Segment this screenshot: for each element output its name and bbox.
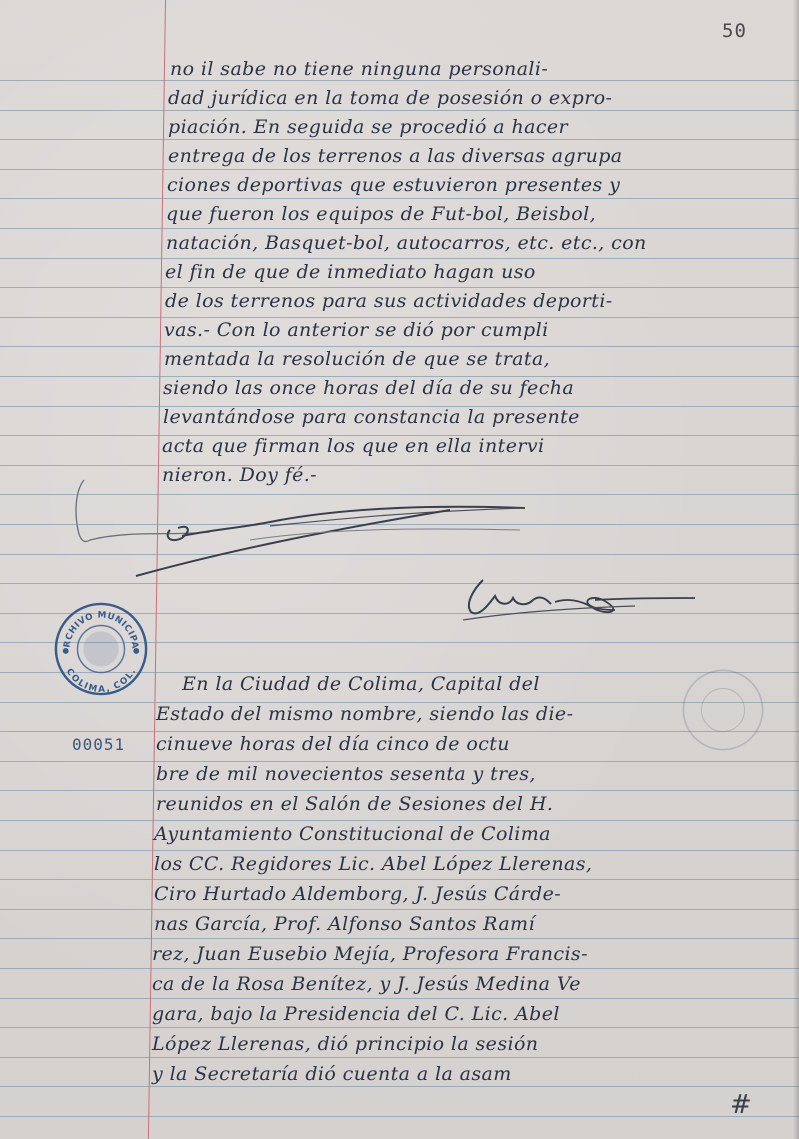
text-line: no il sabe no tiene ninguna personali- [170, 58, 548, 80]
ruled-line [0, 938, 799, 939]
ruled-line [0, 198, 799, 199]
ruled-line [0, 1057, 799, 1058]
text-line: vas.- Con lo anterior se dió por cumpli [164, 319, 549, 341]
page-edge-shadow [793, 0, 799, 1139]
text-line: Ciro Hurtado Aldemborg, J. Jesús Cárde- [154, 883, 561, 905]
stamp-bottom-text: COLIMA, COL. [64, 667, 139, 695]
ruled-line [0, 879, 799, 880]
folio-number: 00051 [72, 735, 125, 754]
text-line: entrega de los terrenos a las diversas a… [168, 145, 623, 167]
text-line: cinueve horas del día cinco de octu [156, 733, 510, 755]
ruled-line [0, 909, 799, 910]
svg-text:COLIMA, COL.: COLIMA, COL. [64, 667, 139, 695]
ruled-line [0, 790, 799, 791]
text-line: rez, Juan Eusebio Mejía, Profesora Franc… [152, 943, 588, 965]
ruled-line [0, 228, 799, 229]
ruled-line [0, 80, 799, 81]
text-line: y la Secretaría dió cuenta a la asam [152, 1063, 512, 1085]
text-line: bre de mil novecientos sesenta y tres, [156, 763, 536, 785]
text-line: siendo las once horas del día de su fech… [163, 377, 574, 399]
ruled-line [0, 820, 799, 821]
text-line: Ayuntamiento Constitucional de Colima [154, 823, 551, 845]
closing-mark: # [730, 1090, 752, 1120]
text-line: nas García, Prof. Alfonso Santos Ramí [154, 913, 535, 935]
text-line: López Llerenas, dió principio la sesión [152, 1033, 538, 1055]
text-line: ca de la Rosa Benítez, y J. Jesús Medina… [152, 973, 581, 995]
text-line: En la Ciudad de Colima, Capital del [182, 673, 540, 695]
text-line: gara, bajo la Presidencia del C. Lic. Ab… [152, 1003, 560, 1025]
text-line: natación, Basquet-bol, autocarros, etc. … [166, 232, 647, 254]
ruled-line [0, 761, 799, 762]
ruled-line [0, 1027, 799, 1028]
ruled-line [0, 346, 799, 347]
page-number: 50 [722, 20, 747, 42]
ruled-line [0, 110, 799, 111]
text-line: reunidos en el Salón de Sesiones del H. [156, 793, 553, 815]
ruled-line [0, 317, 799, 318]
text-line: que fueron los equipos de Fut-bol, Beisb… [166, 203, 596, 225]
ruled-line [0, 139, 799, 140]
ledger-page: 50 no il sabe no tiene ninguna personali… [0, 0, 799, 1139]
ruled-line [0, 465, 799, 466]
ruled-line [0, 998, 799, 999]
ruled-line [0, 287, 799, 288]
ruled-line [0, 169, 799, 170]
text-line: levantándose para constancia la presente [163, 406, 580, 428]
text-line: acta que firman los que en ella intervi [162, 435, 544, 457]
text-line: los CC. Regidores Lic. Abel López Lleren… [154, 853, 592, 875]
text-line: piación. En seguida se procedió a hacer [168, 116, 568, 138]
text-line: el fin de que de inmediato hagan uso [165, 261, 536, 283]
text-line: Estado del mismo nombre, siendo las die- [156, 703, 573, 725]
ruled-line [0, 968, 799, 969]
text-line: dad jurídica en la toma de posesión o ex… [168, 87, 612, 109]
text-line: mentada la resolución de que se trata, [164, 348, 550, 370]
archivo-municipal-stamp: ARCHIVO MUNICIPAL COLIMA, COL. [52, 600, 150, 698]
ruled-line [0, 850, 799, 851]
bleed-through-stamp [678, 665, 768, 755]
text-line: de los terrenos para sus actividades dep… [165, 290, 613, 312]
ruled-line [0, 1116, 799, 1117]
ruled-line [0, 258, 799, 259]
signature-right [455, 570, 715, 630]
text-line: ciones deportivas que estuvieron present… [167, 174, 620, 196]
ruled-line [0, 1086, 799, 1087]
